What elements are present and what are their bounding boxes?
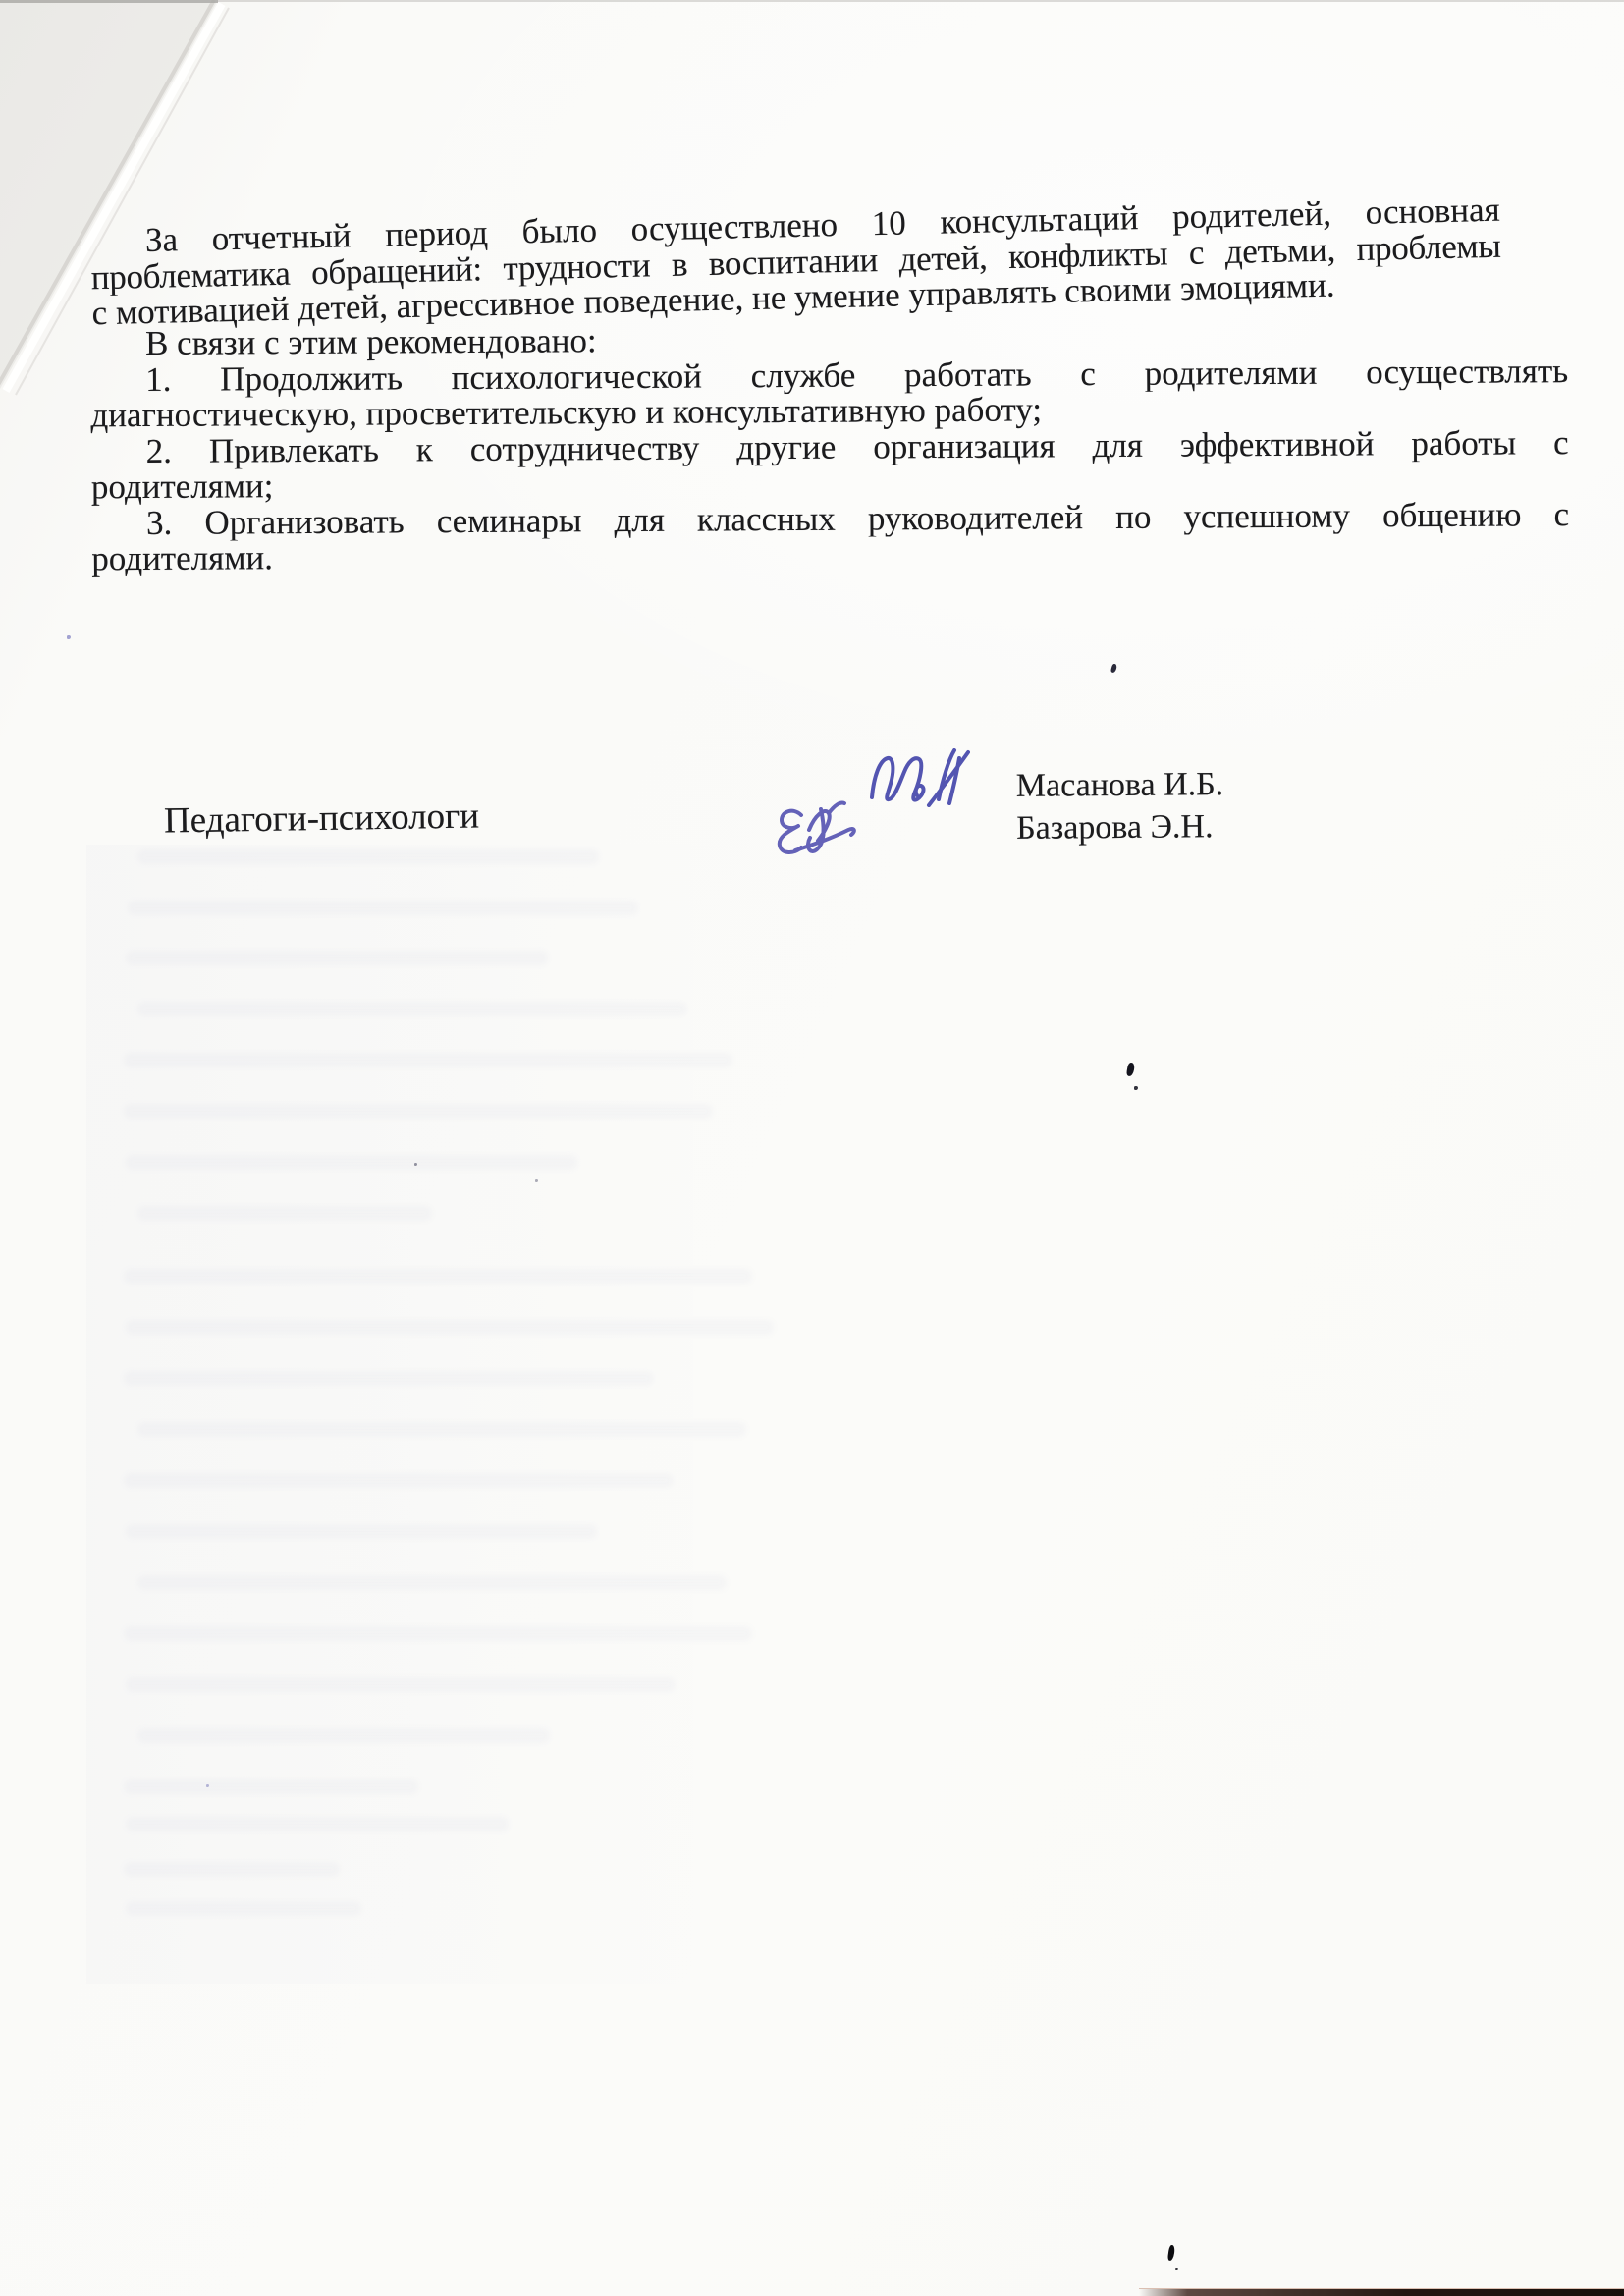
scanned-document-page: За отчетный период было осуществлено 10 … xyxy=(0,0,1624,2296)
signatory-names: Масанова И.Б. Базарова Э.Н. xyxy=(1016,763,1224,849)
bleedthrough-text-ghost xyxy=(137,1002,687,1016)
bleedthrough-text-ghost xyxy=(126,1320,774,1335)
bleedthrough-text-ghost xyxy=(124,1779,418,1794)
bleedthrough-text-ghost xyxy=(137,849,599,864)
signatory-name-1: Масанова И.Б. xyxy=(1016,763,1224,807)
bleedthrough-text-ghost xyxy=(137,1728,550,1743)
recommendations-list: В связи с этим рекомендовано: 1. Продолж… xyxy=(90,317,1570,577)
bleedthrough-text-ghost xyxy=(126,1817,509,1831)
bleedthrough-text-ghost xyxy=(124,1269,752,1284)
bleedthrough-text-ghost xyxy=(126,1155,577,1170)
signature-stroke xyxy=(872,758,924,800)
scan-speck xyxy=(1167,2245,1175,2262)
scan-speck xyxy=(67,635,71,639)
scan-speck xyxy=(1175,2268,1178,2270)
bleedthrough-text-ghost xyxy=(126,1677,676,1692)
bleedthrough-text-ghost xyxy=(124,1053,732,1067)
bleedthrough-text-ghost xyxy=(124,1473,674,1488)
bleedthrough-text-ghost xyxy=(124,1371,654,1386)
bleedthrough-text-ghost xyxy=(137,1206,432,1221)
bleedthrough-text-ghost xyxy=(124,1862,340,1877)
bleedthrough-text-ghost xyxy=(124,1104,713,1119)
scan-bottom-edge-shadow xyxy=(1139,2289,1624,2296)
bleedthrough-text-ghost xyxy=(128,901,638,915)
bleedthrough-text-ghost xyxy=(137,1575,727,1590)
bleedthrough-text-ghost xyxy=(124,1626,752,1641)
signatory-name-2: Базарова Э.Н. xyxy=(1016,805,1224,849)
corner-top-edge xyxy=(0,0,218,3)
scan-speck xyxy=(1134,1086,1138,1090)
signatory-role-label: Педагоги-психологи xyxy=(164,794,480,842)
bleedthrough-text-ghost xyxy=(126,951,548,965)
signature-stroke xyxy=(809,811,830,841)
bleedthrough-text-ghost xyxy=(137,1422,746,1437)
signature-stroke xyxy=(829,802,844,813)
scan-speck xyxy=(1126,1062,1135,1076)
bleedthrough-text-ghost xyxy=(126,1524,597,1539)
bleedthrough-text-ghost xyxy=(126,1901,361,1916)
signature-stroke xyxy=(949,758,959,803)
scan-speck xyxy=(1110,664,1117,674)
